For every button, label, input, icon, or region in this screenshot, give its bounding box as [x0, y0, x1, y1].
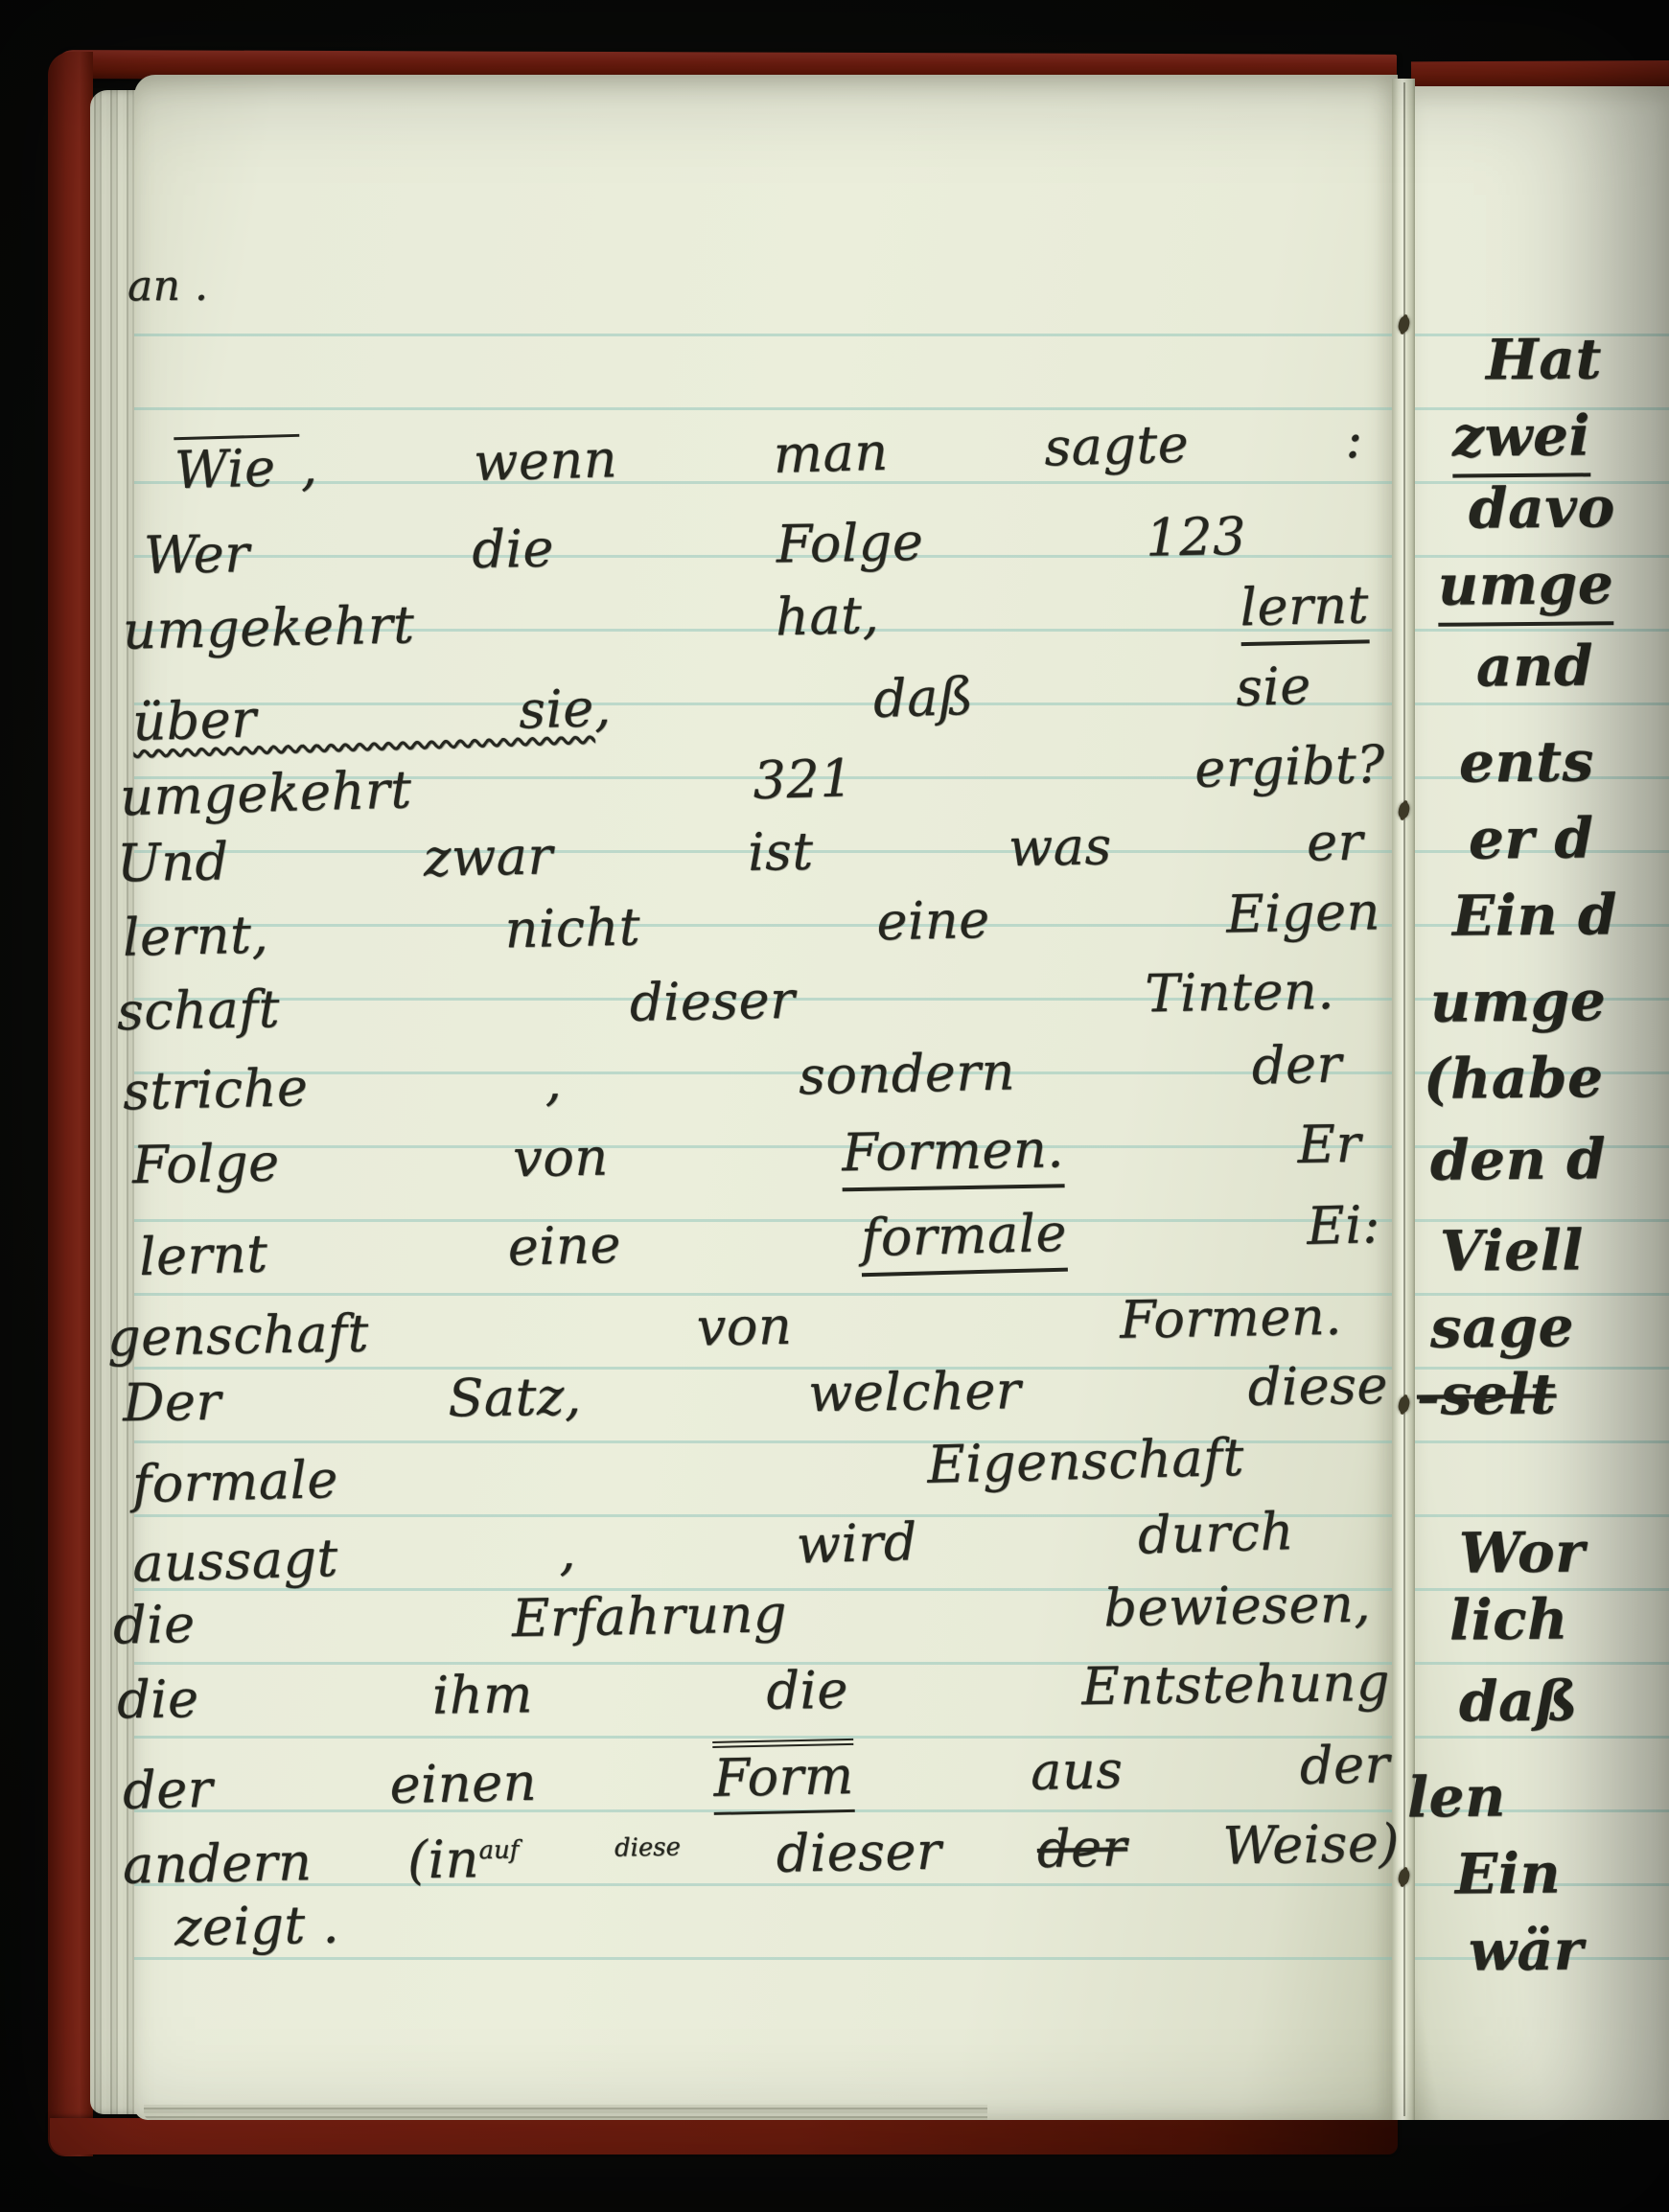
ruled-lines-right — [1411, 334, 1669, 1963]
book-cover-left-edge — [48, 52, 93, 2156]
notebook-photo: an .Wie, wenn man sagte :Wer die Folge 1… — [0, 0, 1669, 2212]
right-page — [1411, 86, 1669, 2120]
book-cover-bottom-edge — [50, 2118, 1398, 2154]
binding-seam — [1403, 82, 1405, 2116]
left-page — [134, 75, 1398, 2120]
book-cover-top-edge-right — [1411, 60, 1669, 89]
page-bottom-edge-stack — [144, 2105, 987, 2120]
ruled-lines-left — [134, 334, 1398, 1963]
